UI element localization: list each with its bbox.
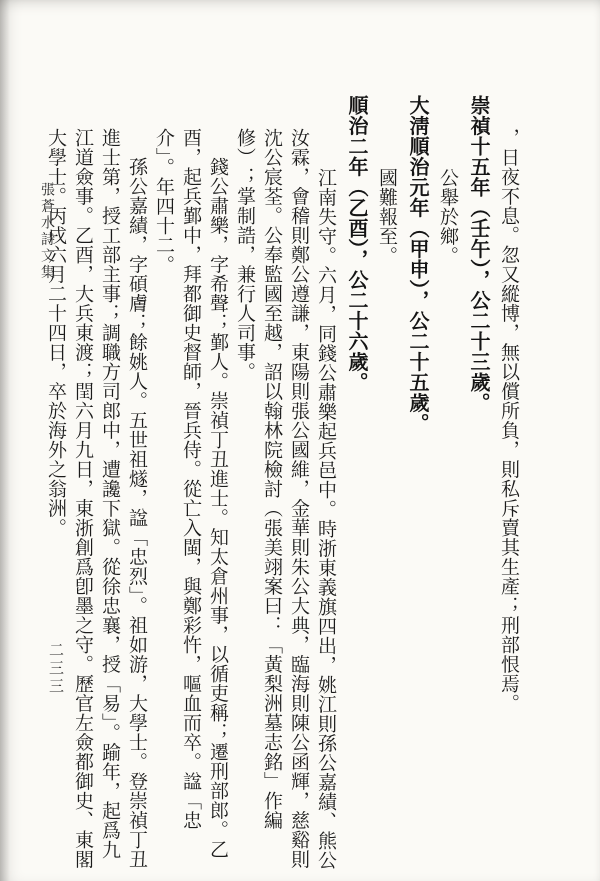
bio-note-sun-jiaji: 孫公嘉績，字碩膚；餘姚人。五世祖燧，諡「忠烈」。祖如游，大學士。登崇禎丁丑進士第… [42, 95, 150, 877]
year-header-chongzhen-15: 崇禎十五年（壬午），公二十三歲。 [464, 95, 492, 877]
page-number: 二三三 [45, 642, 66, 696]
year-header-shunzhi-2: 順治二年（乙酉），公二十六歲。 [342, 95, 370, 877]
book-page: ，日夜不息。忽又縱博，無以償所負，則私斥賣其生產；刑部恨焉。 崇禎十五年（壬午）… [0, 0, 600, 881]
bio-note-qian-sule: 錢公肅樂，字希聲；鄞人。崇禎丁丑進士。知太倉州事，以循吏稱；遷刑部郎。乙酉，起兵… [150, 95, 231, 877]
text-block: ，日夜不息。忽又縱博，無以償所負，則私斥賣其生產；刑部恨焉。 崇禎十五年（壬午）… [60, 95, 522, 877]
year-header-shunzhi-1: 大淸順治元年（甲申），公二十五歲。 [403, 95, 431, 877]
annotation-guonan: 國難報至。 [373, 95, 400, 877]
book-title-margin: 張蒼水詩文集 [36, 182, 56, 281]
annotation-jiangnan: 江南失守。六月，同錢公肅樂起兵邑中。時浙東義旗四出，姚江則孫公嘉績、熊公汝霖，會… [231, 95, 339, 877]
continuation-paragraph: ，日夜不息。忽又縱博，無以償所負，則私斥賣其生產；刑部恨焉。 [495, 95, 522, 877]
annotation-juren: 公舉於鄉。 [434, 95, 461, 877]
